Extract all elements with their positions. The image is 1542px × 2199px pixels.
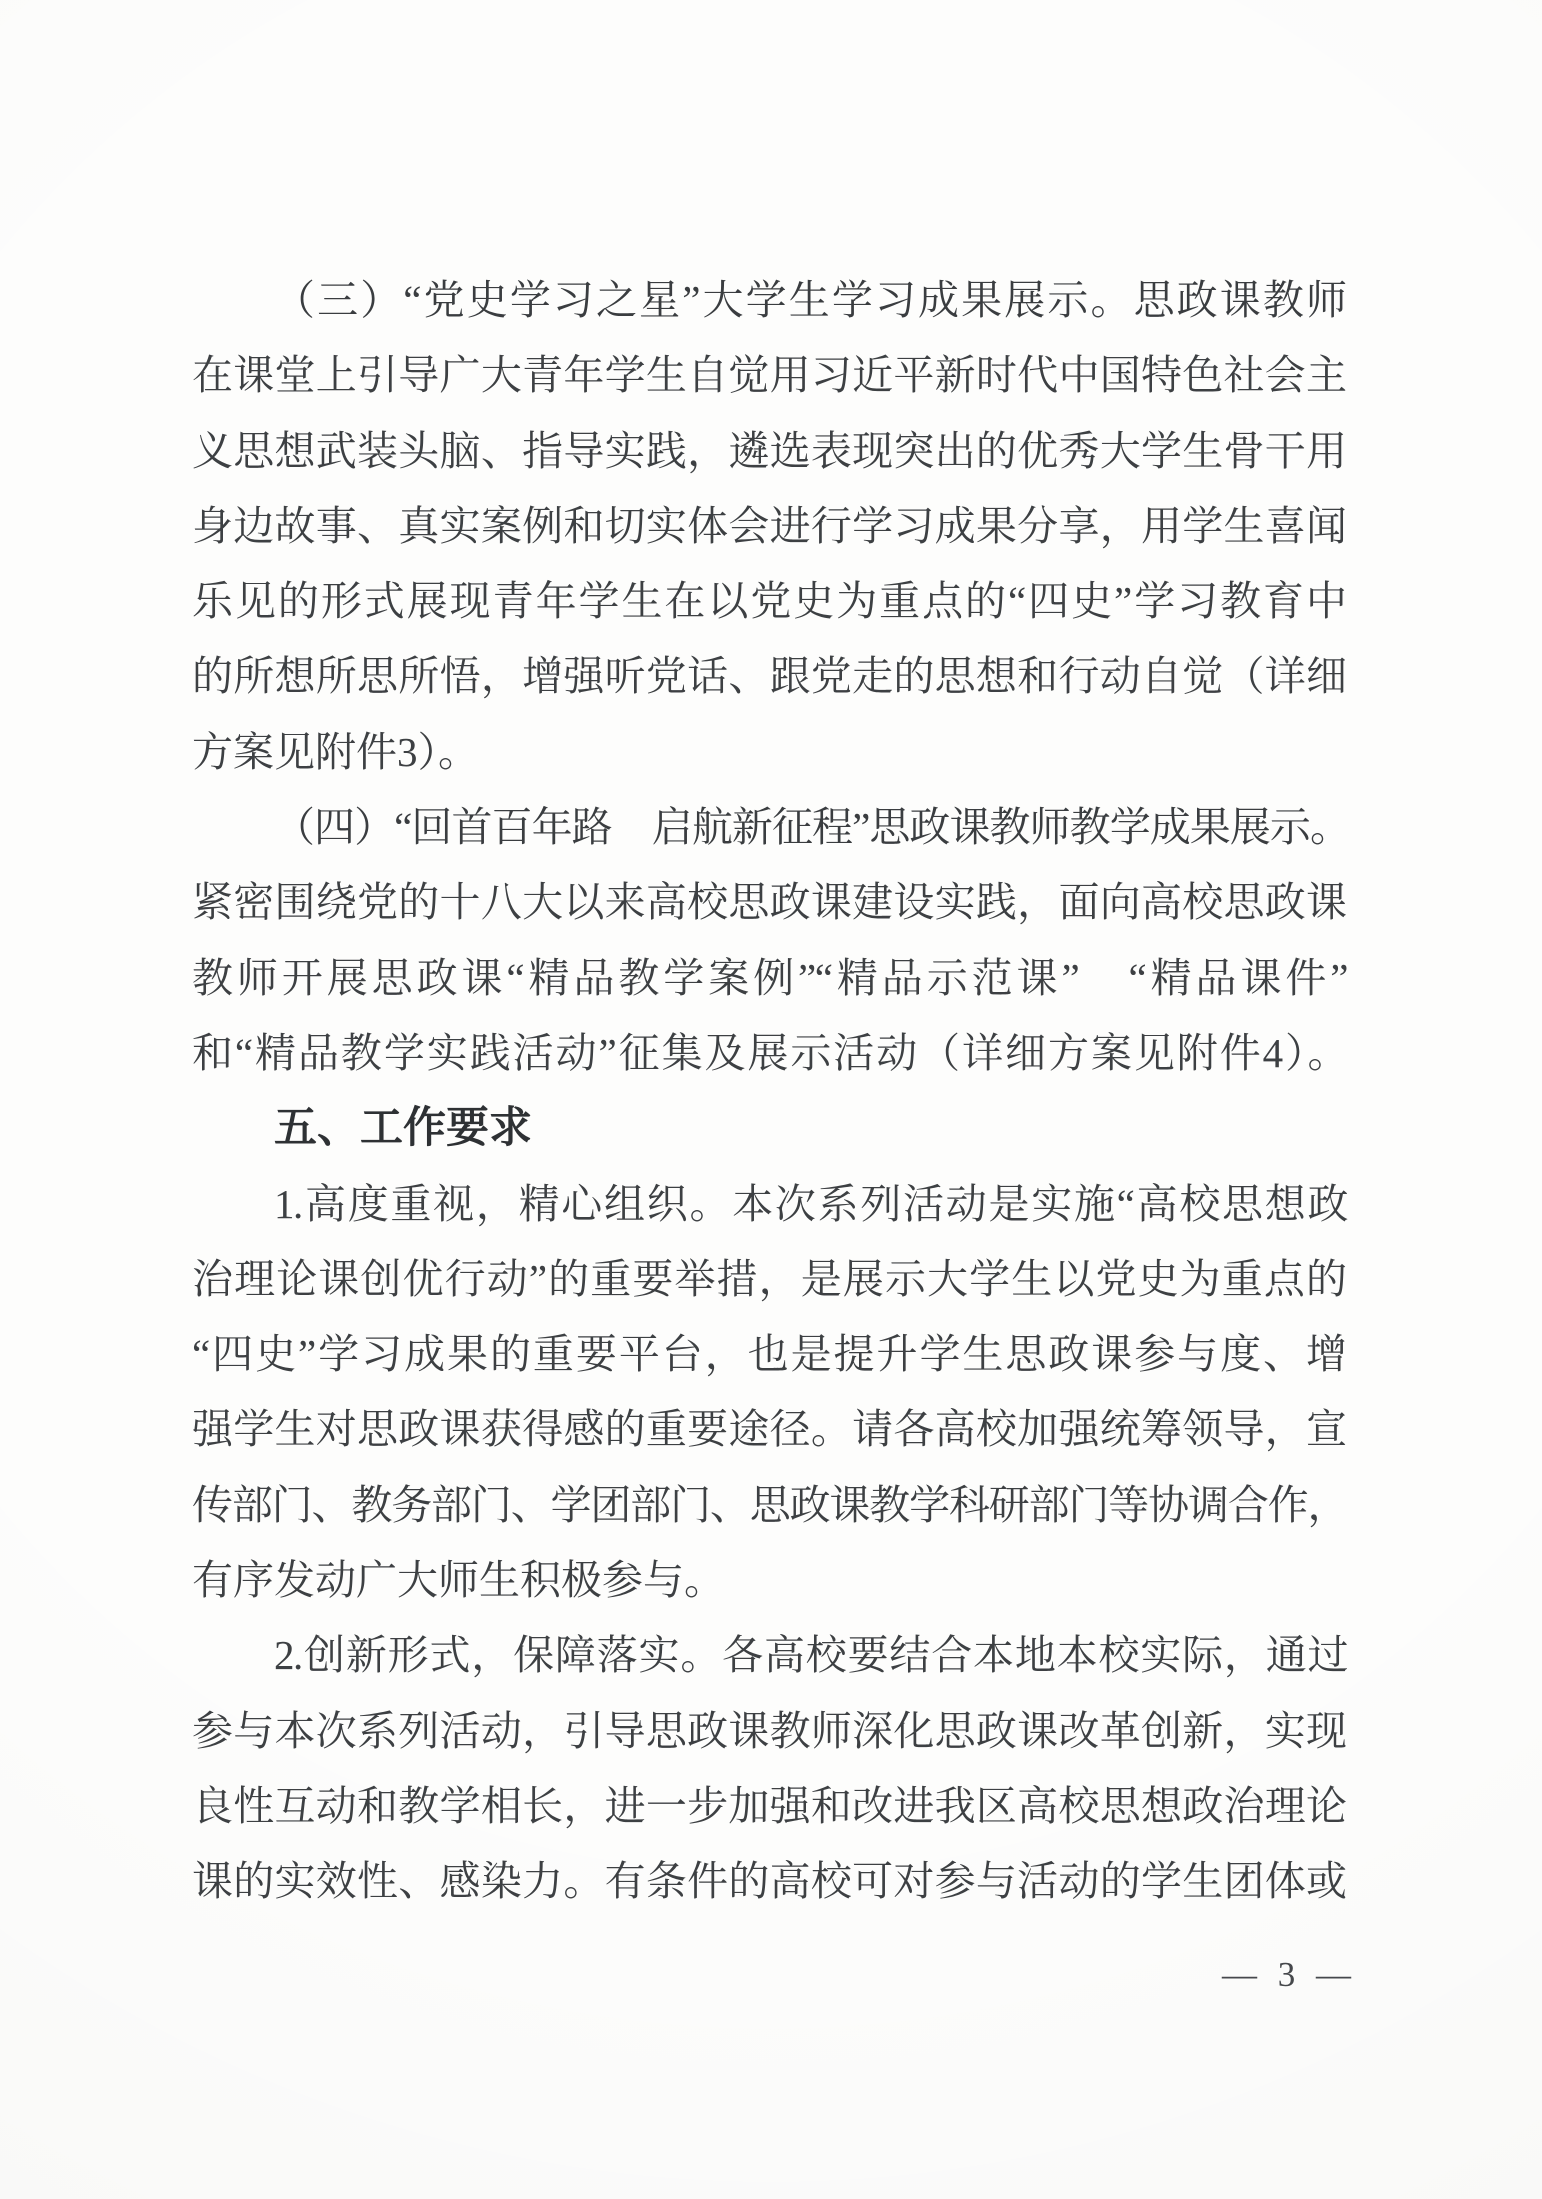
item-1-line: 1.高度重视，精心组织。本次系列活动是实施“高校思想政 xyxy=(192,1167,1347,1242)
document-body: （三）“党史学习之星”大学生学习成果展示。思政课教师 在课堂上引导广大青年学生自… xyxy=(192,263,1347,1920)
document-line: 义思想武装头脑、指导实践，遴选表现突出的优秀大学生骨干用 xyxy=(192,414,1347,489)
document-line: 治理论课创优行动”的重要举措，是展示大学生以党史为重点的 xyxy=(192,1242,1347,1317)
document-line: 有序发动广大师生积极参与。 xyxy=(192,1543,1347,1618)
document-line: 在课堂上引导广大青年学生自觉用习近平新时代中国特色社会主 xyxy=(192,338,1347,413)
document-line: 良性互动和教学相长，进一步加强和改进我区高校思想政治理论 xyxy=(192,1769,1347,1844)
document-line: 强学生对思政课获得感的重要途径。请各高校加强统筹领导，宣 xyxy=(192,1392,1347,1467)
document-line: 的所想所思所悟，增强听党话、跟党走的思想和行动自觉（详细 xyxy=(192,639,1347,714)
document-line: 身边故事、真实案例和切实体会进行学习成果分享，用学生喜闻 xyxy=(192,489,1347,564)
document-line: 教师开展思政课“精品教学案例”“精品示范课” “精品课件” xyxy=(192,941,1347,1016)
section-3-heading-line: （三）“党史学习之星”大学生学习成果展示。思政课教师 xyxy=(192,263,1347,338)
document-line: 紧密围绕党的十八大以来高校思政课建设实践，面向高校思政课 xyxy=(192,865,1347,940)
scanned-document-page: （三）“党史学习之星”大学生学习成果展示。思政课教师 在课堂上引导广大青年学生自… xyxy=(0,0,1542,2199)
section-5-heading: 五、工作要求 xyxy=(192,1091,1347,1166)
document-line: “四史”学习成果的重要平台，也是提升学生思政课参与度、增 xyxy=(192,1317,1347,1392)
page-number: — 3 — xyxy=(1222,1955,1357,1995)
document-line: 乐见的形式展现青年学生在以党史为重点的“四史”学习教育中 xyxy=(192,564,1347,639)
section-4-heading-line: （四）“回首百年路 启航新征程”思政课教师教学成果展示。 xyxy=(192,790,1347,865)
item-2-line: 2.创新形式，保障落实。各高校要结合本地本校实际，通过 xyxy=(192,1618,1347,1693)
document-line: 和“精品教学实践活动”征集及展示活动（详细方案见附件4）。 xyxy=(192,1016,1347,1091)
document-line: 方案见附件3）。 xyxy=(192,715,1347,790)
document-line: 课的实效性、感染力。有条件的高校可对参与活动的学生团体或 xyxy=(192,1844,1347,1919)
document-line: 参与本次系列活动，引导思政课教师深化思政课改革创新，实现 xyxy=(192,1694,1347,1769)
document-line: 传部门、教务部门、学团部门、思政课教学科研部门等协调合作， xyxy=(192,1468,1347,1543)
